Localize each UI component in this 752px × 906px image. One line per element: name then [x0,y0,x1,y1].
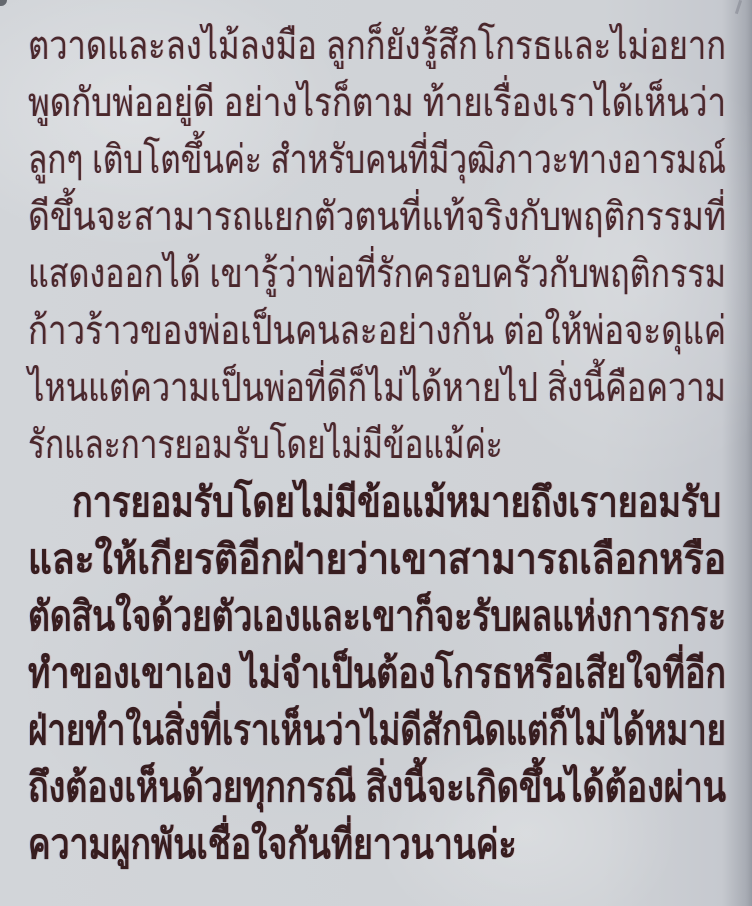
text-line-content: ตวาดและลงไม้ลงมือ ลูกก็ยังรู้สึกโกรธและไ… [28,18,726,75]
text-line: การยอมรับโดยไม่มีข้อแม้หมายถึงเรายอมรับ [28,474,726,531]
text-column: ตวาดและลงไม้ลงมือ ลูกก็ยังรู้สึกโกรธและไ… [28,18,726,873]
scan-artifact-corner [0,0,7,6]
text-line-content: รักและการยอมรับโดยไม่มีข้อแม้ค่ะ [28,417,503,474]
text-line: ความผูกพันเชื่อใจกันที่ยาวนานค่ะ [28,816,726,873]
text-line: ก้าวร้าวของพ่อเป็นคนละอย่างกัน ต่อให้พ่อ… [28,303,726,360]
text-line: แสดงออกได้ เขารู้ว่าพ่อที่รักครอบครัวกับ… [28,246,726,303]
text-line-content: ความผูกพันเชื่อใจกันที่ยาวนานค่ะ [28,816,517,873]
text-line-content: แสดงออกได้ เขารู้ว่าพ่อที่รักครอบครัวกับ… [28,246,726,303]
text-line-content: และให้เกียรติอีกฝ่ายว่าเขาสามารถเลือกหรื… [28,531,726,588]
text-line: ทำของเขาเอง ไม่จำเป็นต้องโกรธหรือเสียใจท… [28,645,726,702]
scan-artifact-scratch [735,0,742,14]
text-line-content: ดีขึ้นจะสามารถแยกตัวตนที่แท้จริงกับพฤติก… [28,189,726,246]
text-line: ไหนแต่ความเป็นพ่อที่ดีก็ไม่ได้หายไป สิ่ง… [28,360,726,417]
text-line-content: พูดกับพ่ออยู่ดี อย่างไรก็ตาม ท้ายเรื่องเ… [28,75,726,132]
text-line-content: ไหนแต่ความเป็นพ่อที่ดีก็ไม่ได้หายไป สิ่ง… [28,360,726,417]
text-line: ลูกๆ เติบโตขึ้นค่ะ สำหรับคนที่มีวุฒิภาวะ… [28,132,726,189]
text-line: ถึงต้องเห็นด้วยทุกกรณี สิ่งนี้จะเกิดขึ้น… [28,759,726,816]
text-line-content: ลูกๆ เติบโตขึ้นค่ะ สำหรับคนที่มีวุฒิภาวะ… [28,132,726,189]
text-line: ฝ่ายทำในสิ่งที่เราเห็นว่าไม่ดีสักนิดแต่ก… [28,702,726,759]
text-line: และให้เกียรติอีกฝ่ายว่าเขาสามารถเลือกหรื… [28,531,726,588]
text-line-content: การยอมรับโดยไม่มีข้อแม้หมายถึงเรายอมรับ [72,474,721,531]
text-line-content: ทำของเขาเอง ไม่จำเป็นต้องโกรธหรือเสียใจท… [28,645,726,702]
text-line: ตัดสินใจด้วยตัวเองและเขาก็จะรับผลแห่งการ… [28,588,726,645]
newspaper-clipping: { "doc": { "language": "th", "background… [0,0,752,906]
text-line: พูดกับพ่ออยู่ดี อย่างไรก็ตาม ท้ายเรื่องเ… [28,75,726,132]
text-line-content: ถึงต้องเห็นด้วยทุกกรณี สิ่งนี้จะเกิดขึ้น… [28,759,726,816]
text-line-content: ก้าวร้าวของพ่อเป็นคนละอย่างกัน ต่อให้พ่อ… [28,303,726,360]
text-line: รักและการยอมรับโดยไม่มีข้อแม้ค่ะ [28,417,726,474]
text-line: ดีขึ้นจะสามารถแยกตัวตนที่แท้จริงกับพฤติก… [28,189,726,246]
text-line: ตวาดและลงไม้ลงมือ ลูกก็ยังรู้สึกโกรธและไ… [28,18,726,75]
text-line-content: ฝ่ายทำในสิ่งที่เราเห็นว่าไม่ดีสักนิดแต่ก… [28,702,726,759]
text-line-content: ตัดสินใจด้วยตัวเองและเขาก็จะรับผลแห่งการ… [28,588,726,645]
